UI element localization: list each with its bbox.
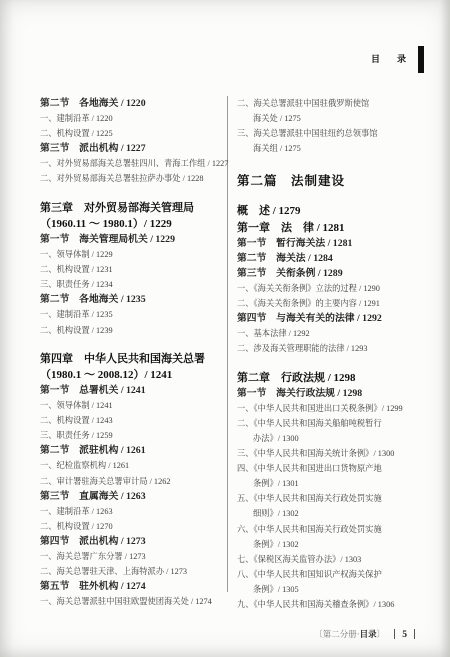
toc-entry: 第三节 关衔条例 / 1289 xyxy=(237,266,425,281)
toc-entry: 二、涉及海关管理职能的法律 / 1293 xyxy=(237,341,414,356)
toc-page: 目 录 第二节 各地海关 / 1220一、建制沿革 / 1220二、机构设置 /… xyxy=(0,0,450,657)
toc-entry: 概 述 / 1279 xyxy=(237,203,425,219)
footer-divider-right xyxy=(414,629,415,639)
toc-entry: 三、职责任务 / 1234 xyxy=(40,277,211,292)
toc-entry: 一、领导体制 / 1241 xyxy=(40,398,211,413)
toc-entry: 条例》/ 1302 xyxy=(237,537,414,552)
toc-entry: 三、职责任务 / 1259 xyxy=(40,428,211,443)
toc-entry: 二、机构设置 / 1225 xyxy=(40,126,211,141)
toc-entry: 六、《中华人民共和国海关行政处罚实施 xyxy=(237,522,414,537)
toc-entry: 二、海关总署派驻中国驻俄罗斯使馆 xyxy=(237,96,414,111)
toc-entry: 细则》/ 1302 xyxy=(237,506,414,521)
page-footer: 〔第二分册·目录〕 5 xyxy=(314,628,422,640)
toc-entry: 二、《海关关衔条例》的主要内容 / 1291 xyxy=(237,296,414,311)
toc-entry: 一、《中华人民共和国进出口关税条例》/ 1299 xyxy=(237,401,414,416)
toc-entry: 条例》/ 1305 xyxy=(237,582,414,597)
toc-entry: 一、海关总署广东分署 / 1273 xyxy=(40,549,211,564)
toc-entry: （1980.1 ～ 2008.12）/ 1241 xyxy=(40,367,222,383)
toc-entry: 一、建制沿革 / 1220 xyxy=(40,111,211,126)
toc-entry: 二、对外贸易部海关总署驻拉萨办事处 / 1228 xyxy=(40,171,211,186)
toc-entry: 一、基本法律 / 1292 xyxy=(237,326,414,341)
toc-entry: 第三节 派出机构 / 1227 xyxy=(40,141,222,156)
toc-entry: 七、《保税区海关监管办法》/ 1303 xyxy=(237,552,414,567)
toc-entry: 第三章 对外贸易部海关管理局 xyxy=(40,200,222,216)
toc-entry: 二、海关总署驻天津、上海特派办 / 1273 xyxy=(40,564,211,579)
toc-entry: 一、建制沿革 / 1263 xyxy=(40,504,211,519)
footer-booklet-suffix: 〕 xyxy=(377,629,386,639)
toc-entry: 二、《中华人民共和国海关船舶吨税暂行 xyxy=(237,416,414,431)
toc-entry: 第一章 法 律 / 1281 xyxy=(237,220,425,236)
toc-entry: 第四节 与海关有关的法律 / 1292 xyxy=(237,311,425,326)
toc-entry: 第五节 驻外机构 / 1274 xyxy=(40,579,222,594)
toc-entry: 第一节 海关行政法规 / 1298 xyxy=(237,386,425,401)
toc-entry: 三、《中华人民共和国海关统计条例》/ 1300 xyxy=(237,446,414,461)
toc-entry: 第二篇 法制建设 xyxy=(237,173,425,190)
toc-entry: 一、纪检监察机构 / 1261 xyxy=(40,458,211,473)
toc-entry: 第一节 海关管理局机关 / 1229 xyxy=(40,232,222,247)
footer-booklet-prefix: 〔第二分册· xyxy=(314,629,359,639)
page-number: 5 xyxy=(402,630,407,640)
toc-entry: 海关组 / 1275 xyxy=(237,141,414,156)
toc-entry: 二、机构设置 / 1243 xyxy=(40,413,211,428)
column-divider xyxy=(227,96,228,592)
toc-entry: 第二章 行政法规 / 1298 xyxy=(237,370,425,386)
toc-entry: 第一节 总署机关 / 1241 xyxy=(40,383,222,398)
toc-column-right: 二、海关总署派驻中国驻俄罗斯使馆海关处 / 1275三、海关总署派驻中国驻纽约总… xyxy=(237,96,425,612)
toc-entry: 第三节 直属海关 / 1263 xyxy=(40,489,222,504)
toc-entry: 三、海关总署派驻中国驻纽约总领事馆 xyxy=(237,126,414,141)
toc-entry: 四、《中华人民共和国进出口货物原产地 xyxy=(237,461,414,476)
toc-entry: 海关处 / 1275 xyxy=(237,111,414,126)
toc-entry: 条例》/ 1301 xyxy=(237,476,414,491)
toc-entry: 九、《中华人民共和国海关稽查条例》/ 1306 xyxy=(237,597,414,612)
footer-booklet-bold: 目录 xyxy=(360,629,377,639)
toc-entry: 一、《海关关衔条例》立法的过程 / 1290 xyxy=(237,281,414,296)
page-header-title: 目 录 xyxy=(371,52,410,65)
toc-column-left: 第二节 各地海关 / 1220一、建制沿革 / 1220二、机构设置 / 122… xyxy=(40,96,222,609)
toc-entry: 第二节 各地海关 / 1235 xyxy=(40,292,222,307)
toc-entry: 二、机构设置 / 1231 xyxy=(40,262,211,277)
toc-entry: 二、机构设置 / 1270 xyxy=(40,519,211,534)
toc-entry: 八、《中华人民共和国知识产权海关保护 xyxy=(237,567,414,582)
toc-entry: （1960.11 ～ 1980.1）/ 1229 xyxy=(40,216,222,232)
toc-entry: 一、领导体制 / 1229 xyxy=(40,247,211,262)
toc-entry: 五、《中华人民共和国海关行政处罚实施 xyxy=(237,491,414,506)
toc-entry: 二、机构设置 / 1239 xyxy=(40,323,211,338)
toc-entry: 第一节 暂行海关法 / 1281 xyxy=(237,236,425,251)
toc-entry: 第四章 中华人民共和国海关总署 xyxy=(40,351,222,367)
toc-entry: 第二节 各地海关 / 1220 xyxy=(40,96,222,111)
toc-entry: 一、对外贸易部海关总署驻四川、青海工作组 / 1227 xyxy=(40,156,211,171)
toc-entry: 第二节 派驻机构 / 1261 xyxy=(40,443,222,458)
toc-entry: 第二节 海关法 / 1284 xyxy=(237,251,425,266)
toc-entry: 二、审计署驻海关总署审计局 / 1262 xyxy=(40,474,211,489)
toc-entry: 第四节 派出机构 / 1273 xyxy=(40,534,222,549)
toc-entry: 一、海关总署派驻中国驻欧盟使团海关处 / 1274 xyxy=(40,594,211,609)
thumb-index-bar xyxy=(418,46,424,73)
toc-entry: 办法》/ 1300 xyxy=(237,431,414,446)
footer-divider-left xyxy=(394,629,395,639)
toc-entry: 一、建制沿革 / 1235 xyxy=(40,307,211,322)
